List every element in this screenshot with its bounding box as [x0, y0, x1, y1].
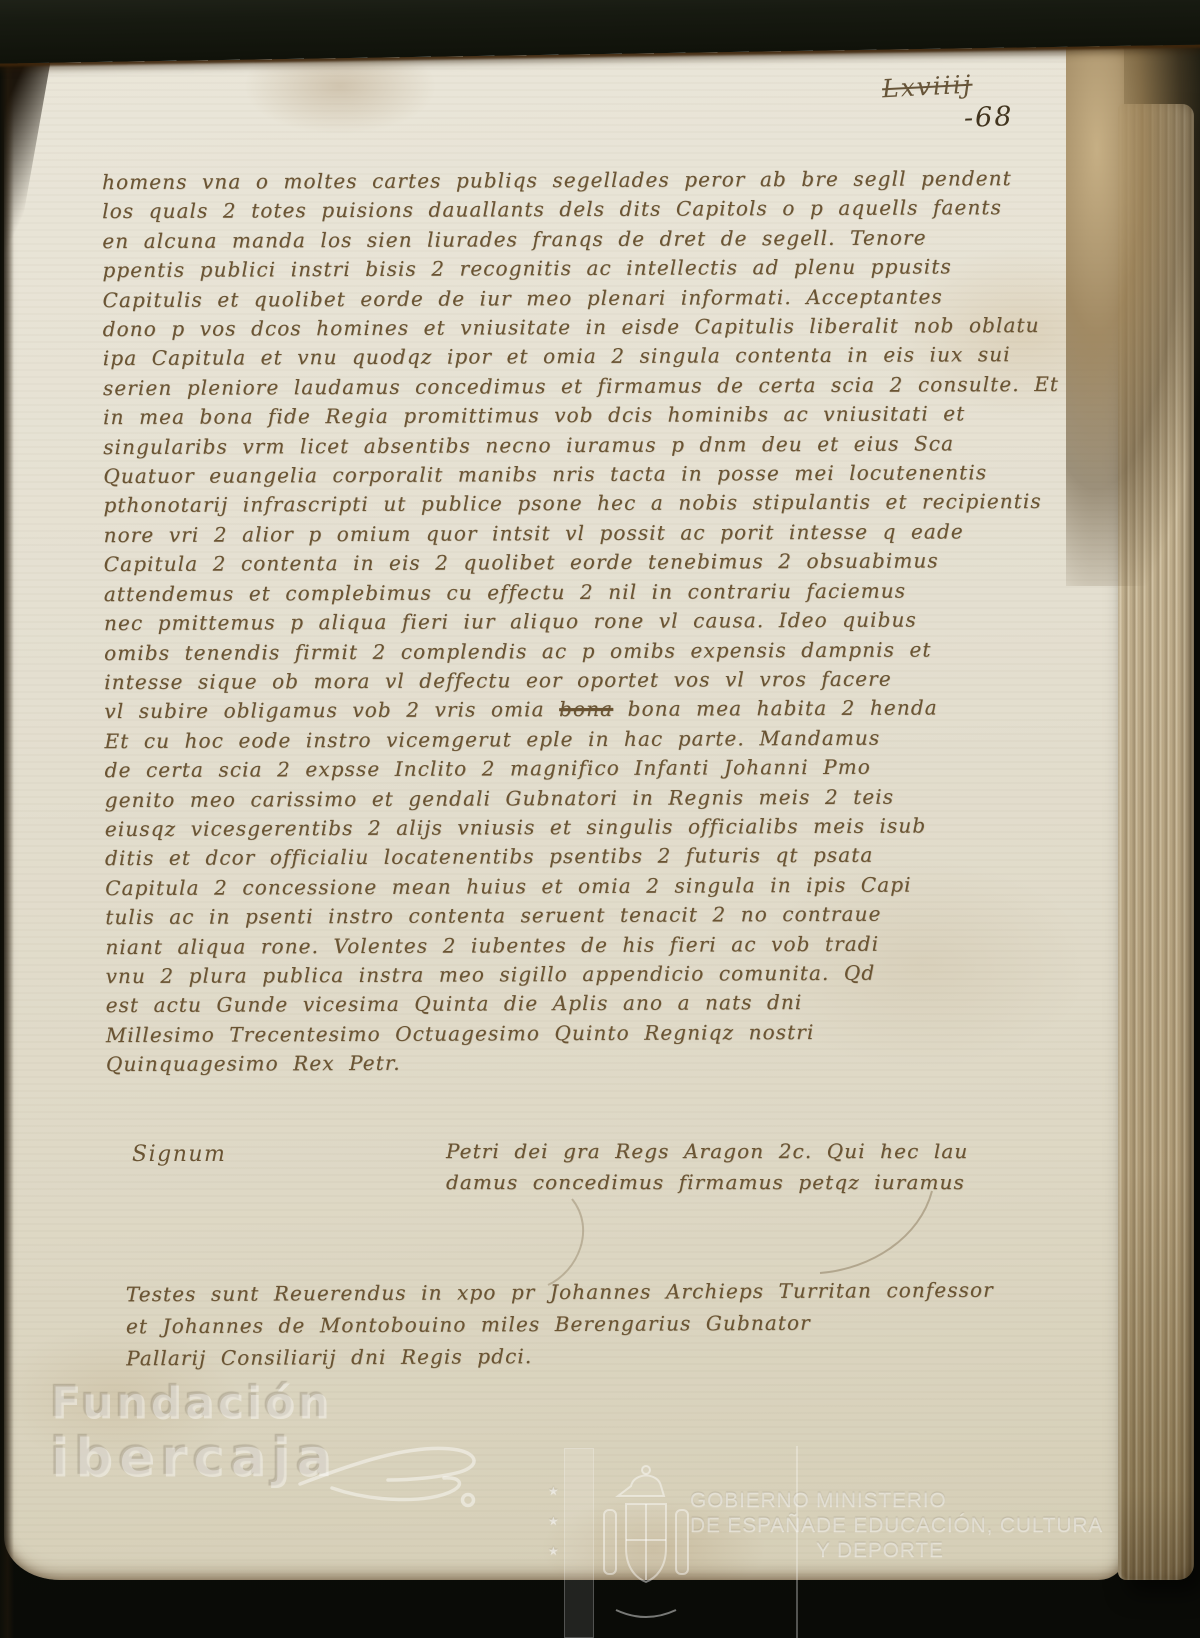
witness-clause: Testes sunt Reuerendus in xpo pr Johanne…	[126, 1274, 994, 1375]
binding-gutter-shadow	[0, 0, 14, 1638]
manuscript-line: singularibs vrm licet absentibs necno iu…	[103, 429, 1059, 463]
manuscript-text-block: homens vna o moltes cartes publiqs segel…	[102, 164, 1062, 1080]
manuscript-line: ipa Capitula et vnu quodqz ipor et omia …	[103, 340, 1059, 374]
manuscript-line: attendemus et complebimus cu effectu 2 n…	[104, 576, 1060, 610]
signum-label: Signum	[132, 1142, 226, 1167]
manuscript-line: pthonotarij infrascripti ut publice pson…	[103, 487, 1059, 521]
ministerio-line: DE EDUCACIÓN, CULTURA	[816, 1513, 1103, 1538]
star-icon: ★	[548, 1514, 559, 1528]
manuscript-line: Quatuor euangelia corporalit manibs nris…	[103, 458, 1059, 492]
witness-line: et Johannes de Montobouino miles Berenga…	[126, 1306, 994, 1343]
flag-icon	[564, 1448, 594, 1638]
manuscript-scan: Lxviiij -68 homens vna o moltes cartes p…	[0, 0, 1200, 1638]
manuscript-line: Et cu hoc eode instro vicemgerut eple in…	[104, 723, 1060, 757]
manuscript-line: ppentis publici instri bisis 2 recogniti…	[102, 252, 1058, 286]
manuscript-line: los quals 2 totes puisions dauallants de…	[102, 193, 1058, 227]
manuscript-line: tulis ac in psenti instro contenta serue…	[105, 899, 1061, 933]
ibercaja-logo-icon	[292, 1422, 492, 1526]
parchment-guard-leaf	[1066, 26, 1200, 586]
manuscript-line: homens vna o moltes cartes publiqs segel…	[102, 164, 1058, 198]
manuscript-line: de certa scia 2 expsse Inclito 2 magnifi…	[105, 752, 1061, 786]
star-icon: ★	[548, 1544, 559, 1558]
manuscript-line: eiusqz vicesgerentibs 2 alijs vniusis et…	[105, 811, 1061, 845]
page-number: -68	[963, 101, 1014, 134]
old-folio-mark: Lxviiij	[881, 70, 973, 104]
signum-line: Petri dei gra Regs Aragon 2c. Qui hec la…	[446, 1136, 968, 1167]
ministerio-line: MINISTERIO	[816, 1488, 1103, 1513]
manuscript-line: intesse sique ob mora vl deffectu eor op…	[104, 664, 1060, 698]
witness-line: Testes sunt Reuerendus in xpo pr Johanne…	[126, 1274, 994, 1311]
witness-line: Pallarij Consiliarij dni Regis pdci.	[126, 1338, 994, 1375]
star-icon: ★	[548, 1484, 559, 1498]
watermark-ministerio-text: MINISTERIO DE EDUCACIÓN, CULTURA Y DEPOR…	[816, 1488, 1103, 1563]
watermark-fundacion-text: Fundación	[50, 1378, 337, 1428]
manuscript-line: dono p vos dcos homines et vniusitate in…	[103, 311, 1059, 345]
spain-coat-of-arms-icon	[596, 1460, 696, 1636]
manuscript-line: nore vri 2 alior p omium quor intsit vl …	[104, 517, 1060, 551]
manuscript-line: in mea bona fide Regia promittimus vob d…	[103, 399, 1059, 433]
manuscript-line: Capitula 2 concessione mean huius et omi…	[105, 870, 1061, 904]
manuscript-line: vl subire obligamus vob 2 vris omia bona…	[104, 693, 1060, 727]
manuscript-line: niant aliqua rone. Volentes 2 iubentes d…	[105, 928, 1061, 962]
manuscript-line: est actu Gunde vicesima Quinta die Aplis…	[106, 987, 1062, 1021]
manuscript-line: genito meo carissimo et gendali Gubnator…	[105, 781, 1061, 815]
ministerio-line: Y DEPORTE	[816, 1538, 1103, 1563]
manuscript-line: omibs tenendis firmit 2 complendis ac p …	[104, 634, 1060, 668]
manuscript-line: Quinquagesimo Rex Petr.	[106, 1046, 1062, 1080]
manuscript-line: ditis et dcor officialiu locatenentibs p…	[105, 840, 1061, 874]
manuscript-line: en alcuna manda los sien liurades franqs…	[102, 223, 1058, 257]
manuscript-line: nec pmittemus p aliqua fieri iur aliquo …	[104, 605, 1060, 639]
manuscript-line: vnu 2 plura publica instra meo sigillo a…	[105, 958, 1061, 992]
manuscript-line: serien pleniore laudamus concedimus et f…	[103, 370, 1059, 404]
manuscript-line: Capitula 2 contenta in eis 2 quolibet eo…	[104, 546, 1060, 580]
manuscript-line: Millesimo Trecentesimo Octuagesimo Quint…	[106, 1017, 1062, 1051]
watermark-gobierno-espana: ★ ★ ★ GOBIERNO DE ESPAÑA MINISTERIO DE E…	[548, 1440, 1198, 1638]
struck-word: bona	[559, 697, 613, 721]
watermark-divider	[796, 1446, 798, 1638]
manuscript-line: Capitulis et quolibet eorde de iur meo p…	[103, 282, 1059, 316]
